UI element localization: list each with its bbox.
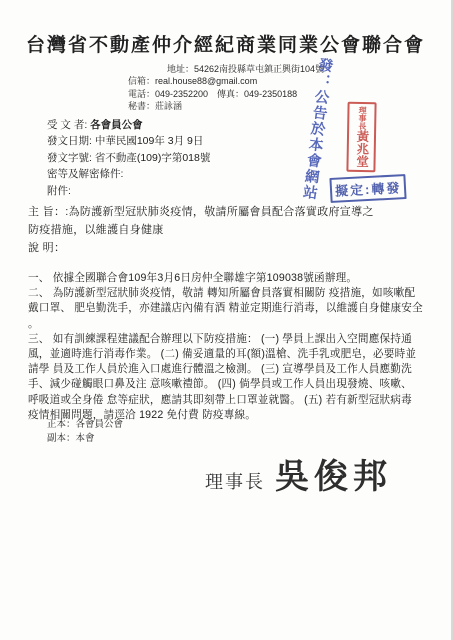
draft-forward-stamp: 擬定:轉發	[329, 174, 407, 203]
contact-block: 地址：54262南投縣草屯鎮正興街104號 信箱：real.house88@gm…	[128, 63, 324, 113]
contact-address: 地址：54262南投縣草屯鎮正興街104號	[128, 63, 324, 75]
chairman-red-seal-stamp: 理事長 黃兆堂	[346, 102, 376, 172]
red-seal-name: 黃兆堂	[354, 130, 368, 168]
contact-secretary: 秘書：莊詠涵	[128, 100, 324, 112]
body-text-block: 一、 依據全國聯合會109年3月6日房仲全聯雄字第109038號函辦理。 二、 …	[28, 271, 423, 423]
issue-date-line: 發文日期: 中華民國109年 3月 9日	[47, 133, 210, 149]
body-line: 一、 依據全國聯合會109年3月6日房仲全聯雄字第109038號函辦理。	[28, 271, 423, 286]
chairman-title: 理事長	[205, 468, 265, 494]
recipient-line: 受 文 者: 各會員公會	[47, 117, 210, 133]
copies-block: 正本：各會員公會 副本：本會	[47, 418, 123, 445]
document-meta-block: 受 文 者: 各會員公會 發文日期: 中華民國109年 3月 9日 發文字號: …	[47, 117, 210, 199]
chairman-name: 吳俊邦	[275, 449, 392, 498]
body-line: 手、減少碰觸眼口鼻及注 意咳嗽禮節。 (四) 倘學員或工作人員出現發燒、咳嗽、	[28, 377, 423, 392]
body-line: 請學 員及工作人員於進入口處進行體溫之檢測。 (三) 宣導學員及工作人員應勤洗	[28, 362, 423, 377]
contact-email: 信箱：real.house88@gmail.com	[128, 75, 324, 87]
body-line: 。	[28, 317, 423, 332]
signature-block: 理事長 吳俊邦	[205, 449, 392, 498]
red-seal-title: 理事長	[357, 106, 366, 130]
attachment-line: 附件:	[47, 183, 210, 199]
body-line: 二、 為防護新型冠狀肺炎疫情，敬請 轉知所屬會員落實相關防 疫措施，如咳嗽配	[28, 286, 423, 301]
document-page: 台灣省不動產仲介經紀商業同業公會聯合會 地址：54262南投縣草屯鎮正興街104…	[0, 0, 453, 640]
body-line: 戴口罩、 肥皂勤洗手，亦建議店內備有酒 精並定期進行消毒，以維護自身健康安全	[28, 301, 423, 316]
body-line: 呼吸道或全身倦 怠等症狀，應請其即刻帶上口罩並就醫。 (五) 若有新型冠狀病毒	[28, 393, 423, 408]
recipient-value: 各會員公會	[90, 119, 143, 131]
reference-number-line: 發文字號: 省不動產(109)字第018號	[47, 150, 210, 166]
recipient-label: 受 文 者:	[47, 119, 90, 131]
explanation-label: 說 明：	[28, 239, 374, 257]
security-grade-line: 密等及解密條件:	[47, 166, 210, 182]
subject-line: 防疫措施，以維護自身健康	[28, 221, 374, 239]
subject-line: 主 旨：:為防護新型冠狀肺炎疫情，敬請所屬會員配合落實政府宣導之	[28, 203, 374, 221]
subject-block: 主 旨：:為防護新型冠狀肺炎疫情，敬請所屬會員配合落實政府宣導之 防疫措施，以維…	[28, 203, 374, 257]
body-line: 風，並適時進行消毒作業。 (二) 備妥適量的耳(額)溫槍、洗手乳或肥皂，必要時並	[28, 347, 423, 362]
duplicate-copy-line: 副本：本會	[47, 432, 123, 446]
body-line: 三、 如有訓練課程建議配合辦理以下防疫措施： (一) 學員上課出入空間應保持通	[28, 332, 423, 347]
contact-phone-fax: 電話：049-2352200 傳真：049-2350188	[128, 88, 324, 100]
original-copy-line: 正本：各會員公會	[47, 418, 123, 432]
association-title: 台灣省不動產仲介經紀商業同業公會聯合會	[0, 30, 451, 57]
